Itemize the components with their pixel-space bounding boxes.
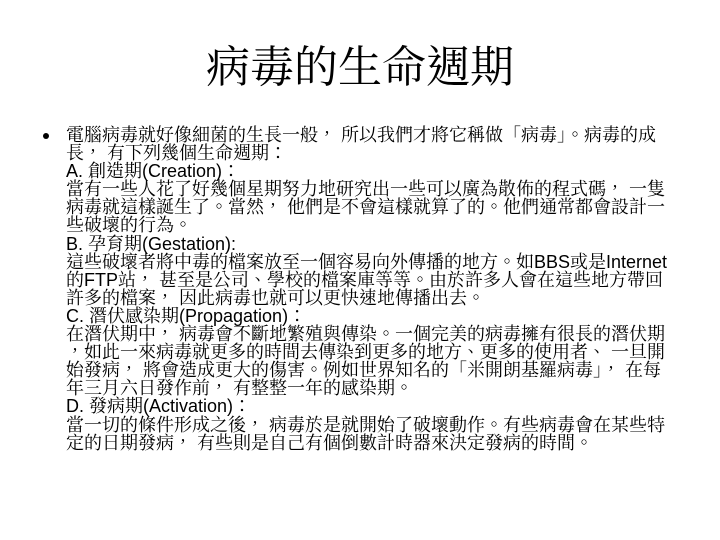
text-line: 當一切的條件形成之後， 病毒於是就開始了破壞動作。有些病毒會在某些特 [66, 416, 716, 434]
bullet-icon [43, 133, 49, 139]
text-line: 在潛伏期中， 病毒會不斷地繁殖與傳染。一個完美的病毒擁有很長的潛伏期 [66, 325, 716, 343]
text-line: 年三月六日發作前， 有整整一年的感染期。 [66, 379, 716, 397]
text-line: 定的日期發病， 有些則是自己有個倒數計時器來決定發病的時間。 [66, 434, 716, 452]
text-line: D. 發病期(Activation)： [66, 397, 716, 415]
text-line: 的FTP站， 甚至是公司、學校的檔案庫等等。由於許多人會在這些地方帶回 [66, 271, 716, 289]
text-line: ，如此一來病毒就更多的時間去傳染到更多的地方、更多的使用者、 一旦開 [66, 343, 716, 361]
text-line: 當有一些人花了好幾個星期努力地研究出一些可以廣為散佈的程式碼， 一隻 [66, 180, 716, 198]
text-line: A. 創造期(Creation)： [66, 162, 716, 180]
slide-title: 病毒的生命週期 [0, 42, 720, 94]
text-line: C. 潛伏感染期(Propagation)： [66, 307, 716, 325]
text-line: B. 孕育期(Gestation): [66, 235, 716, 253]
slide: 病毒的生命週期 電腦病毒就好像細菌的生長一般， 所以我們才將它稱做「病毒」。病毒… [0, 0, 720, 540]
text-line: 這些破壞者將中毒的檔案放至一個容易向外傳播的地方。如BBS或是Internet [66, 253, 716, 271]
text-line: 病毒就這樣誕生了。當然， 他們是不會這樣就算了的。他們通常都會設計一 [66, 198, 716, 216]
text-line: 許多的檔案， 因此病毒也就可以更快速地傳播出去。 [66, 289, 716, 307]
slide-body-text: 電腦病毒就好像細菌的生長一般， 所以我們才將它稱做「病毒」。病毒的成長， 有下列… [66, 126, 716, 452]
text-line: 些破壞的行為。 [66, 216, 716, 234]
text-line: 始發病， 將會造成更大的傷害。例如世界知名的「米開朗基羅病毒」， 在每 [66, 361, 716, 379]
text-line: 長， 有下列幾個生命週期： [66, 144, 716, 162]
text-line: 電腦病毒就好像細菌的生長一般， 所以我們才將它稱做「病毒」。病毒的成 [66, 126, 716, 144]
